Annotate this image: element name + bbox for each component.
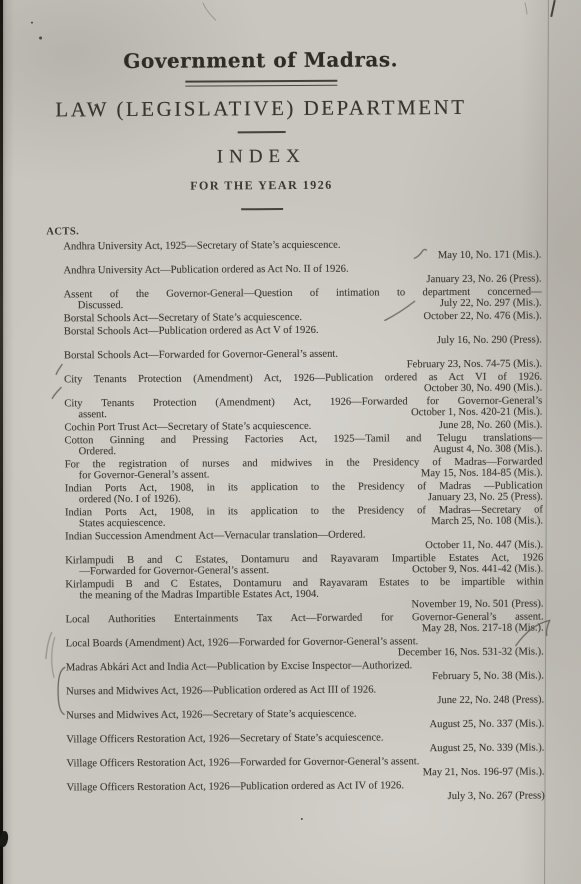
page-title: INDEX [19,145,504,169]
entry-text: Borstal Schools Act—Publication ordered … [64,325,319,338]
index-entry: Andhra University Act, 1925—Secretary of… [63,238,541,263]
entry-reference: October 11, No. 447 (Mis.). [425,539,543,551]
index-entry: Village Officers Restoration Act, 1926—F… [66,755,544,780]
entry-text: Discussed. [64,300,124,312]
entry-reference: July 22, No. 297 (Mis.). [440,298,542,310]
entry-text: Indian Succession Amendment Act—Vernacul… [65,529,365,542]
index-entry: Indian Ports Act, 1908, in its applicati… [65,480,543,505]
index-entry: Madras Abkári Act and India Act—Publicat… [66,659,544,684]
index-entry: Local Authorities Entertainments Tax Act… [66,611,544,636]
index-entry: Kirlampudi B and C Estates, Dontamuru an… [65,576,543,613]
entry-reference: August 4, No. 308 (Mis.). [433,443,543,455]
entry-text: Nurses and Midwives Act, 1926—Publicatio… [66,684,376,697]
section-heading: ACTS. [46,223,541,238]
index-entry: Nurses and Midwives Act, 1926—Secretary … [66,707,544,732]
entry-reference: May 28, Nos. 217-18 (Mis.). [422,622,544,634]
entry-text: Ordered. [65,446,116,458]
entry-reference: October 22, No. 476 (Mis.). [423,310,541,322]
entry-text: Village Officers Restoration Act, 1926—F… [66,756,419,769]
index-entry: Cochin Port Trust Act—Secretary of State… [64,419,542,433]
entry-text: Village Officers Restoration Act, 1926—P… [67,780,404,793]
entry-reference: August 25, No. 337 (Mis.). [429,718,544,730]
entry-line: ordered (No. I of 1926).January 23, No. … [65,491,543,505]
pen-tick-icon [56,364,62,374]
pen-tick-icon [46,632,52,658]
index-entry: City Tenants Protection (Amendment) Act,… [64,371,542,396]
entry-text: assent. [64,409,107,420]
entry-reference: October 9, Nos. 441-42 (Mis.). [412,563,543,575]
entry-text: Nurses and Midwives Act, 1926—Secretary … [66,708,356,721]
page-header: Government of Madras. LAW (LEGISLATIVE) … [18,0,504,212]
index-entry: Andhra University Act—Publication ordere… [63,262,541,287]
index-entry: Village Officers Restoration Act, 1926—P… [67,779,545,804]
entry-line: Cochin Port Trust Act—Secretary of State… [64,419,542,433]
entry-reference: May 21, Nos. 196-97 (Mis.). [423,766,545,778]
entry-reference: November 19, No. 501 (Press). [411,598,543,610]
index-entry: For the registration of nurses and midwi… [65,456,543,481]
short-rule [237,131,285,133]
entry-text: Madras Abkári Act and India Act—Publicat… [66,660,412,673]
entry-reference: May 10, No. 171 (Mis.). [438,250,542,262]
index-entry: Nurses and Midwives Act, 1926—Publicatio… [66,683,544,708]
dust-speck [94,104,96,106]
entry-text: Andhra University Act, 1925—Secretary of… [63,240,340,253]
entry-text: Cochin Port Trust Act—Secretary of State… [64,421,311,434]
entry-reference: February 5, No. 38 (Mis.). [432,670,544,682]
entry-reference: June 28, No. 260 (Mis.). [439,419,543,431]
page-sheet: Government of Madras. LAW (LEGISLATIVE) … [0,0,581,884]
index-entry: Indian Succession Amendment Act—Vernacul… [65,528,543,553]
dust-speck [301,818,303,820]
pen-tick-icon [52,387,61,398]
index-entry: Borstal Schools Act—Forwarded for Govern… [64,347,542,372]
entry-reference: August 25, No. 339 (Mis.). [430,742,545,754]
pen-bracket-icon [58,667,65,714]
index-entry: Borstal Schools Act—Publication ordered … [64,323,542,348]
entry-reference: January 23, No. 25 (Press). [428,491,543,503]
scratch-mark-icon [525,3,527,15]
entry-text: Andhra University Act—Publication ordere… [63,264,348,277]
entry-reference: January 23, No. 26 (Press). [426,274,541,286]
dust-speck [31,22,33,24]
entry-line: for Governor-General’s assent.May 15, No… [65,467,543,481]
entry-text: Local Boards (Amendment) Act, 1926—Forwa… [66,636,419,649]
entry-reference: July 16, No. 290 (Press). [437,334,542,346]
index-body: ACTS. Andhra University Act, 1925—Secret… [63,223,545,804]
double-rule [185,80,337,87]
entry-text: —Forwarded for Governor-General’s assent… [65,565,269,577]
entry-reference: October 1, Nos. 420-21 (Mis.). [411,406,542,418]
entry-text: for Governor-General’s assent. [65,469,210,481]
entries: Andhra University Act, 1925—Secretary of… [63,238,544,804]
department-title: LAW (LEGISLATIVE) DEPARTMENT [18,96,503,122]
entry-text: ordered (No. I of 1926). [65,493,181,505]
scan-left-edge [0,0,3,884]
index-entry: Village Officers Restoration Act, 1926—S… [66,731,544,756]
entry-text: Borstal Schools Act—Forwarded for Govern… [64,349,338,362]
dust-speck [39,37,42,40]
entry-reference: February 23, Nos. 74-75 (Mis.). [407,358,542,370]
pen-bracket-icon [52,637,55,677]
short-rule-bottom [241,208,283,210]
entry-reference: March 25, No. 108 (Mis.). [431,515,543,527]
dust-speck [171,59,173,62]
scanned-page: { "colors": { "paper": "#c9c6bf", "ink":… [0,0,581,884]
entry-line: States acquiescence.March 25, No. 108 (M… [65,515,543,529]
index-entry: Kirlampudi B and C Estates, Dontamuru an… [65,552,543,577]
entry-reference: May 15, Nos. 184-85 (Mis.). [421,467,543,479]
entry-reference: July 3, No. 267 (Press) [448,790,545,802]
entry-text: States acquiescence. [65,518,166,530]
entry-text: the meaning of the Madras Impartible Est… [65,589,319,602]
index-entry: Borstal Schools Act—Secretary of State’s… [64,310,542,324]
index-entry: Indian Ports Act, 1908, in its applicati… [65,504,543,529]
index-entry: Cotton Ginning and Pressing Factories Ac… [64,432,542,457]
index-entry: Assent of the Governor-General—Question … [64,286,542,311]
entry-text: Borstal Schools Act—Secretary of State’s… [64,312,302,325]
masthead-title: Government of Madras. [18,48,503,73]
index-entry: City Tenants Protection (Amendment) Act,… [64,395,542,420]
entry-line: Borstal Schools Act—Secretary of State’s… [64,310,542,324]
entry-reference: October 30, No. 490 (Mis.). [424,382,542,394]
entry-text: Village Officers Restoration Act, 1926—S… [66,732,383,745]
index-entry: Local Boards (Amendment) Act, 1926—Forwa… [66,635,544,660]
entry-reference: December 16, Nos. 531-32 (Mis.). [398,646,544,658]
page-subtitle: FOR THE YEAR 1926 [19,177,504,195]
entry-line: —Forwarded for Governor-General’s assent… [65,563,543,577]
entry-reference: June 22, No. 248 (Press). [437,694,544,706]
